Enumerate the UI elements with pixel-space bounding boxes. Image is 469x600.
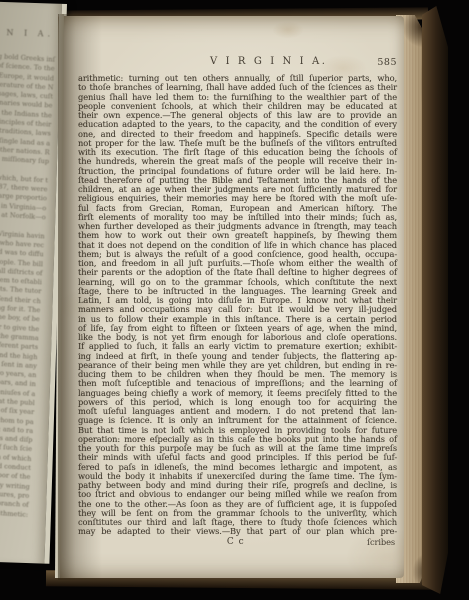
body-lines: arithmetic: turning out ten others annua…: [78, 74, 397, 537]
book-photo: N I A. ſiding bold Greeks inſof ſcience.…: [0, 0, 469, 600]
page-body-text: arithmetic: turning out ten others annua…: [78, 74, 397, 548]
running-title: V I R G I N I A.: [210, 56, 328, 67]
catchword: ſcribes: [367, 538, 395, 547]
book-cover-edge: [422, 6, 448, 594]
signature-mark: C c: [227, 538, 245, 547]
page-header: V I R G I N I A. 585: [78, 56, 397, 70]
facing-page-text: ſiding bold Greeks inſof ſcience. To the…: [0, 44, 55, 519]
facing-page-header: N I A.: [6, 28, 54, 38]
page-number: 585: [377, 57, 397, 68]
text-line: may be adapted to their views.—By that p…: [78, 527, 397, 536]
book-page: V I R G I N I A. 585 arithmetic: turning…: [58, 16, 404, 578]
signature-line: C c ſcribes: [78, 538, 397, 548]
